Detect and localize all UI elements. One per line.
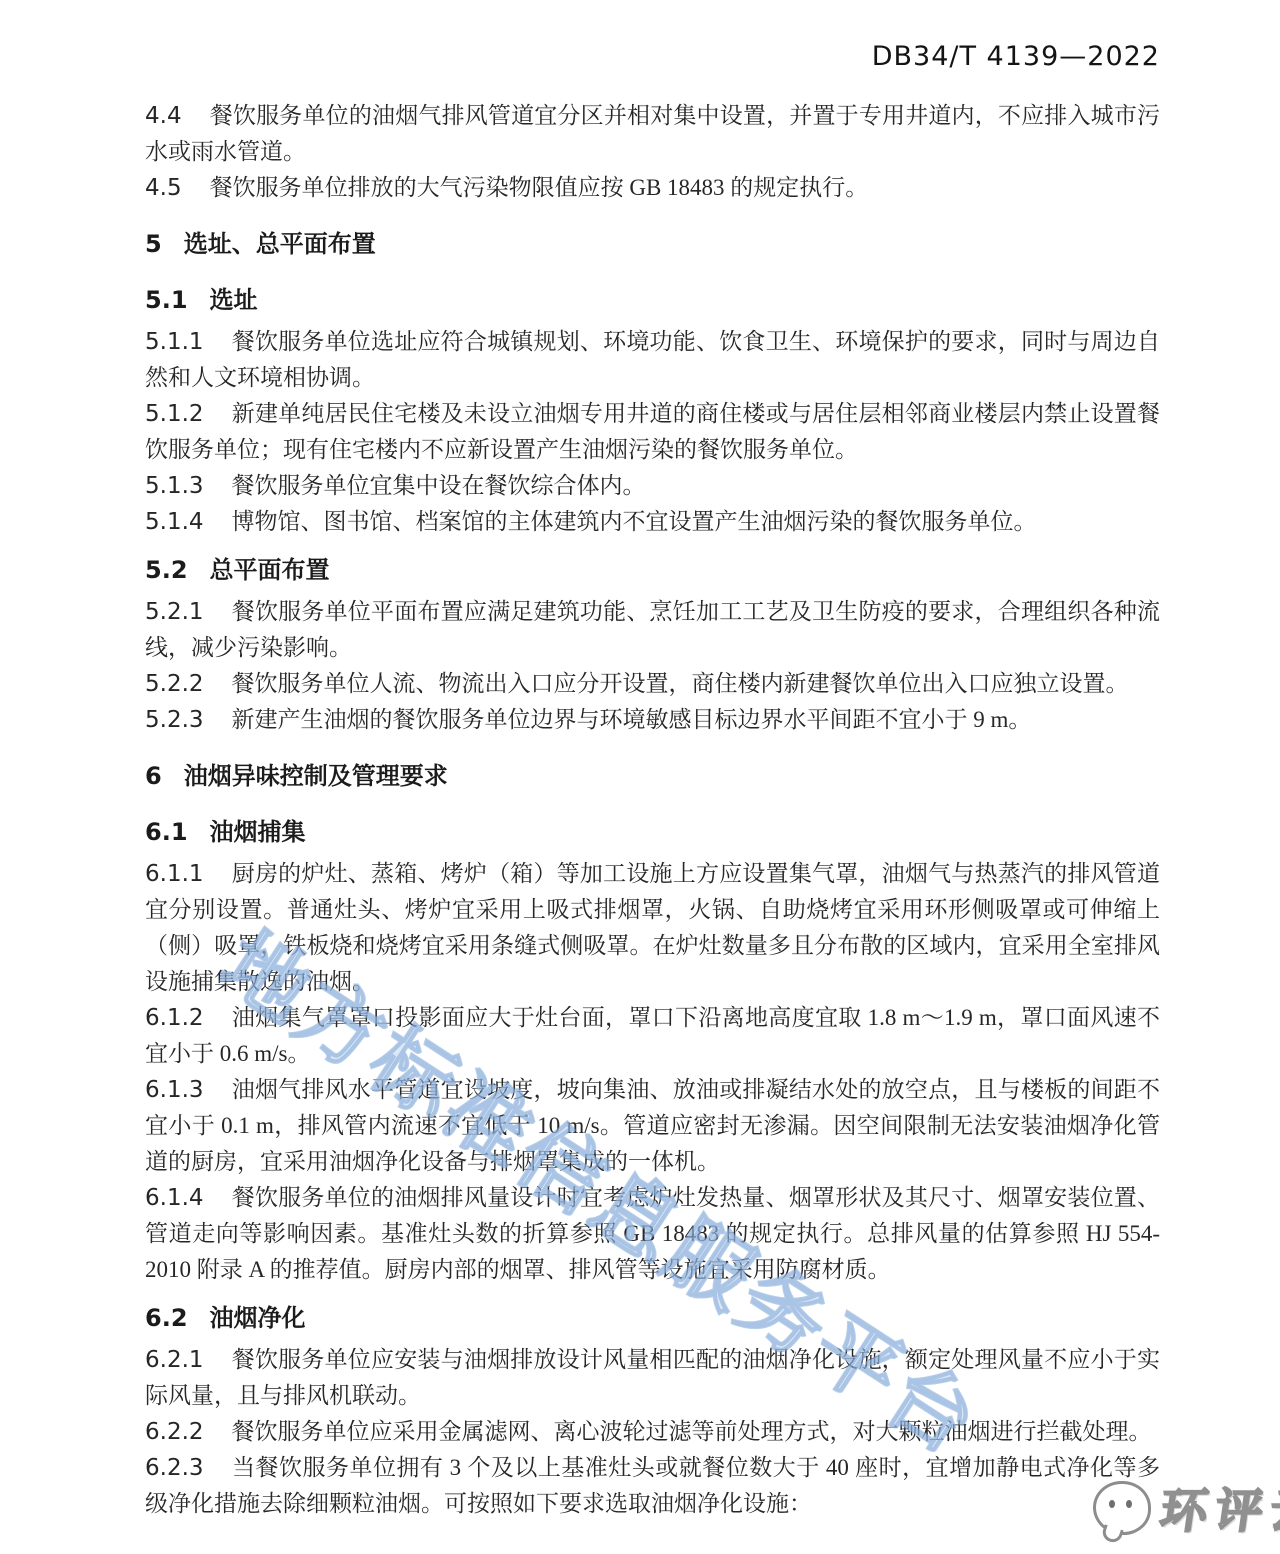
clause-4-5: 4.5餐饮服务单位排放的大气污染物限值应按 GB 18483 的规定执行。 (145, 170, 1160, 206)
clause-text: 博物馆、图书馆、档案馆的主体建筑内不宜设置产生油烟污染的餐饮服务单位。 (232, 509, 1037, 534)
document-body: DB34/T 4139—2022 4.4餐饮服务单位的油烟气排风管道宜分区并相对… (145, 42, 1160, 1522)
section-heading-6: 6油烟异味控制及管理要求 (145, 758, 1160, 794)
clause-6-2-2: 6.2.2餐饮服务单位应采用金属滤网、离心波轮过滤等前处理方式，对大颗粒油烟进行… (145, 1414, 1160, 1450)
clause-number: 6.2.1 (145, 1347, 204, 1373)
clause-text: 当餐饮服务单位拥有 3 个及以上基准灶头或就餐位数大于 40 座时，宜增加静电式… (145, 1455, 1160, 1516)
clause-text: 餐饮服务单位选址应符合城镇规划、环境功能、饮食卫生、环境保护的要求，同时与周边自… (145, 329, 1160, 390)
clause-text: 厨房的炉灶、蒸箱、烤炉（箱）等加工设施上方应设置集气罩，油烟气与热蒸汽的排风管道… (145, 861, 1160, 994)
clause-number: 4.4 (145, 103, 182, 129)
clause-text: 餐饮服务单位人流、物流出入口应分开设置，商住楼内新建餐饮单位出入口应独立设置。 (232, 671, 1129, 696)
subsection-heading-6-1: 6.1油烟捕集 (145, 814, 1160, 850)
section-number: 6.2 (145, 1304, 188, 1332)
chat-bubble-icon (1093, 1481, 1151, 1535)
section-title: 总平面布置 (210, 556, 330, 584)
hpy-logo-text: 环评云 (1156, 1474, 1280, 1541)
clause-number: 5.1.4 (145, 509, 204, 535)
clause-5-2-1: 5.2.1餐饮服务单位平面布置应满足建筑功能、烹饪加工工艺及卫生防疫的要求，合理… (145, 594, 1160, 666)
clause-text: 餐饮服务单位应采用金属滤网、离心波轮过滤等前处理方式，对大颗粒油烟进行拦截处理。 (232, 1419, 1152, 1444)
clause-6-1-4: 6.1.4餐饮服务单位的油烟排风量设计时宜考虑炉灶发热量、烟罩形状及其尺寸、烟罩… (145, 1180, 1160, 1288)
clause-5-1-3: 5.1.3餐饮服务单位宜集中设在餐饮综合体内。 (145, 468, 1160, 504)
clause-text: 餐饮服务单位应安装与油烟排放设计风量相匹配的油烟净化设施，额定处理风量不应小于实… (145, 1347, 1160, 1408)
clause-number: 6.1.2 (145, 1005, 204, 1031)
clause-text: 新建产生油烟的餐饮服务单位边界与环境敏感目标边界水平间距不宜小于 9 m。 (232, 707, 1032, 732)
clause-number: 5.1.1 (145, 329, 204, 355)
subsection-heading-5-1: 5.1选址 (145, 282, 1160, 318)
clause-text: 餐饮服务单位宜集中设在餐饮综合体内。 (232, 473, 646, 498)
clause-text: 新建单纯居民住宅楼及未设立油烟专用井道的商住楼或与居住层相邻商业楼层内禁止设置餐… (145, 401, 1160, 462)
clause-number: 5.2.3 (145, 707, 204, 733)
clause-5-1-4: 5.1.4博物馆、图书馆、档案馆的主体建筑内不宜设置产生油烟污染的餐饮服务单位。 (145, 504, 1160, 540)
clause-6-2-3: 6.2.3当餐饮服务单位拥有 3 个及以上基准灶头或就餐位数大于 40 座时，宜… (145, 1450, 1160, 1522)
clause-text: 餐饮服务单位排放的大气污染物限值应按 GB 18483 的规定执行。 (210, 175, 869, 200)
standard-document-page: DB34/T 4139—2022 4.4餐饮服务单位的油烟气排风管道宜分区并相对… (0, 0, 1280, 1554)
clause-text: 餐饮服务单位的油烟气排风管道宜分区并相对集中设置，并置于专用井道内，不应排入城市… (145, 103, 1160, 164)
section-number: 6 (145, 762, 162, 790)
clause-text: 油烟集气罩罩口投影面应大于灶台面，罩口下沿离地高度宜取 1.8 m～1.9 m，… (145, 1005, 1160, 1066)
clause-5-1-2: 5.1.2新建单纯居民住宅楼及未设立油烟专用井道的商住楼或与居住层相邻商业楼层内… (145, 396, 1160, 468)
standard-number-header: DB34/T 4139—2022 (145, 42, 1160, 72)
clause-number: 6.1.1 (145, 861, 204, 887)
section-number: 6.1 (145, 818, 188, 846)
subsection-heading-5-2: 5.2总平面布置 (145, 552, 1160, 588)
section-heading-5: 5选址、总平面布置 (145, 226, 1160, 262)
clause-text: 餐饮服务单位平面布置应满足建筑功能、烹饪加工工艺及卫生防疫的要求，合理组织各种流… (145, 599, 1160, 660)
bubble-tail (1100, 1524, 1124, 1544)
hpy-cloud-logo: 环评云 (1093, 1474, 1280, 1541)
clause-number: 6.2.2 (145, 1419, 204, 1445)
clause-number: 4.5 (145, 175, 182, 201)
clause-6-1-1: 6.1.1厨房的炉灶、蒸箱、烤炉（箱）等加工设施上方应设置集气罩，油烟气与热蒸汽… (145, 856, 1160, 1000)
section-number: 5 (145, 230, 162, 258)
clause-number: 5.1.3 (145, 473, 204, 499)
clause-6-1-2: 6.1.2油烟集气罩罩口投影面应大于灶台面，罩口下沿离地高度宜取 1.8 m～1… (145, 1000, 1160, 1072)
section-title: 选址、总平面布置 (184, 230, 376, 258)
bubble-eye-left (1109, 1500, 1115, 1508)
clause-5-2-2: 5.2.2餐饮服务单位人流、物流出入口应分开设置，商住楼内新建餐饮单位出入口应独… (145, 666, 1160, 702)
bubble-eye-right (1126, 1500, 1132, 1508)
clause-number: 6.1.4 (145, 1185, 204, 1211)
clause-number: 5.1.2 (145, 401, 204, 427)
section-number: 5.2 (145, 556, 188, 584)
clause-number: 6.2.3 (145, 1455, 204, 1481)
clause-5-1-1: 5.1.1餐饮服务单位选址应符合城镇规划、环境功能、饮食卫生、环境保护的要求，同… (145, 324, 1160, 396)
clause-5-2-3: 5.2.3新建产生油烟的餐饮服务单位边界与环境敏感目标边界水平间距不宜小于 9 … (145, 702, 1160, 738)
clause-6-1-3: 6.1.3油烟气排风水平管道宜设坡度，坡向集油、放油或排凝结水处的放空点，且与楼… (145, 1072, 1160, 1180)
clause-4-4: 4.4餐饮服务单位的油烟气排风管道宜分区并相对集中设置，并置于专用井道内，不应排… (145, 98, 1160, 170)
section-title: 选址 (210, 286, 258, 314)
clause-number: 5.2.2 (145, 671, 204, 697)
clause-6-2-1: 6.2.1餐饮服务单位应安装与油烟排放设计风量相匹配的油烟净化设施，额定处理风量… (145, 1342, 1160, 1414)
section-title: 油烟净化 (210, 1304, 306, 1332)
clause-text: 餐饮服务单位的油烟排风量设计时宜考虑炉灶发热量、烟罩形状及其尺寸、烟罩安装位置、… (145, 1185, 1160, 1282)
clause-text: 油烟气排风水平管道宜设坡度，坡向集油、放油或排凝结水处的放空点，且与楼板的间距不… (145, 1077, 1160, 1174)
clause-number: 5.2.1 (145, 599, 204, 625)
clause-number: 6.1.3 (145, 1077, 204, 1103)
section-title: 油烟异味控制及管理要求 (184, 762, 448, 790)
section-title: 油烟捕集 (210, 818, 306, 846)
subsection-heading-6-2: 6.2油烟净化 (145, 1300, 1160, 1336)
section-number: 5.1 (145, 286, 188, 314)
